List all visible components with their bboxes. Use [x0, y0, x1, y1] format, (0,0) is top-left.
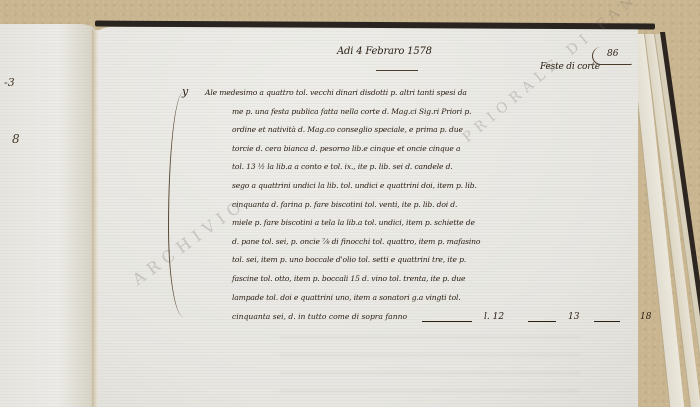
total-amount-lire: l. 12 [484, 312, 504, 322]
date-heading: Adi 4 Febraro 1578 [337, 46, 432, 57]
total-label: cinquanta sei, d. in tutto come di sopra… [232, 312, 407, 321]
total-amount-denari: 18 [640, 312, 651, 322]
bleed-through-text [280, 330, 580, 400]
entry-line: tol. sei, item p. uno boccale d'olio tol… [205, 251, 645, 270]
entry-line: sego a quattrini undici la lib. tol. und… [205, 177, 645, 196]
folio-number: 86 [592, 47, 632, 65]
entry-line: fascine tol. otto, item p. boccali 15 d.… [205, 270, 645, 289]
entry-line: miele p. fare biscotini a tela la lib.a … [205, 214, 645, 233]
total-dash [422, 321, 472, 322]
entry-line: torcie d. cera bianca d. pesorno lib.e c… [205, 140, 645, 159]
section-title: Feste di corte [540, 62, 600, 72]
entry-line: lampade tol. doi e quattrini uno, item a… [205, 289, 645, 308]
entry-line: cinquanta d. farina p. fare biscotini to… [205, 196, 645, 215]
total-row: cinquanta sei, d. in tutto come di sopra… [232, 312, 662, 328]
entry-line: ordine et natività d. Mag.co conseglio s… [205, 121, 645, 140]
entry-line: me p. una festa publica fatta nella cort… [205, 103, 645, 122]
entry-line: tol. 13 ½ la lib.a a conto e tol. ix., i… [205, 158, 645, 177]
left-page-mark: -3 [4, 76, 15, 89]
total-dash [528, 321, 556, 322]
left-page: -3 8 [0, 24, 98, 407]
entry-line: Ale medesimo a quattro tol. vecchi dinar… [205, 84, 645, 103]
left-page-mark: 8 [12, 132, 20, 146]
entry-line: d. pane tol. sei, p. oncie ⅞ di finocchi… [205, 233, 645, 252]
date-underline [376, 70, 418, 71]
entry-body: Ale medesimo a quattro tol. vecchi dinar… [205, 84, 645, 307]
margin-bracket-line [168, 92, 199, 317]
total-dash [594, 321, 620, 322]
total-amount-soldi: 13 [568, 312, 579, 322]
